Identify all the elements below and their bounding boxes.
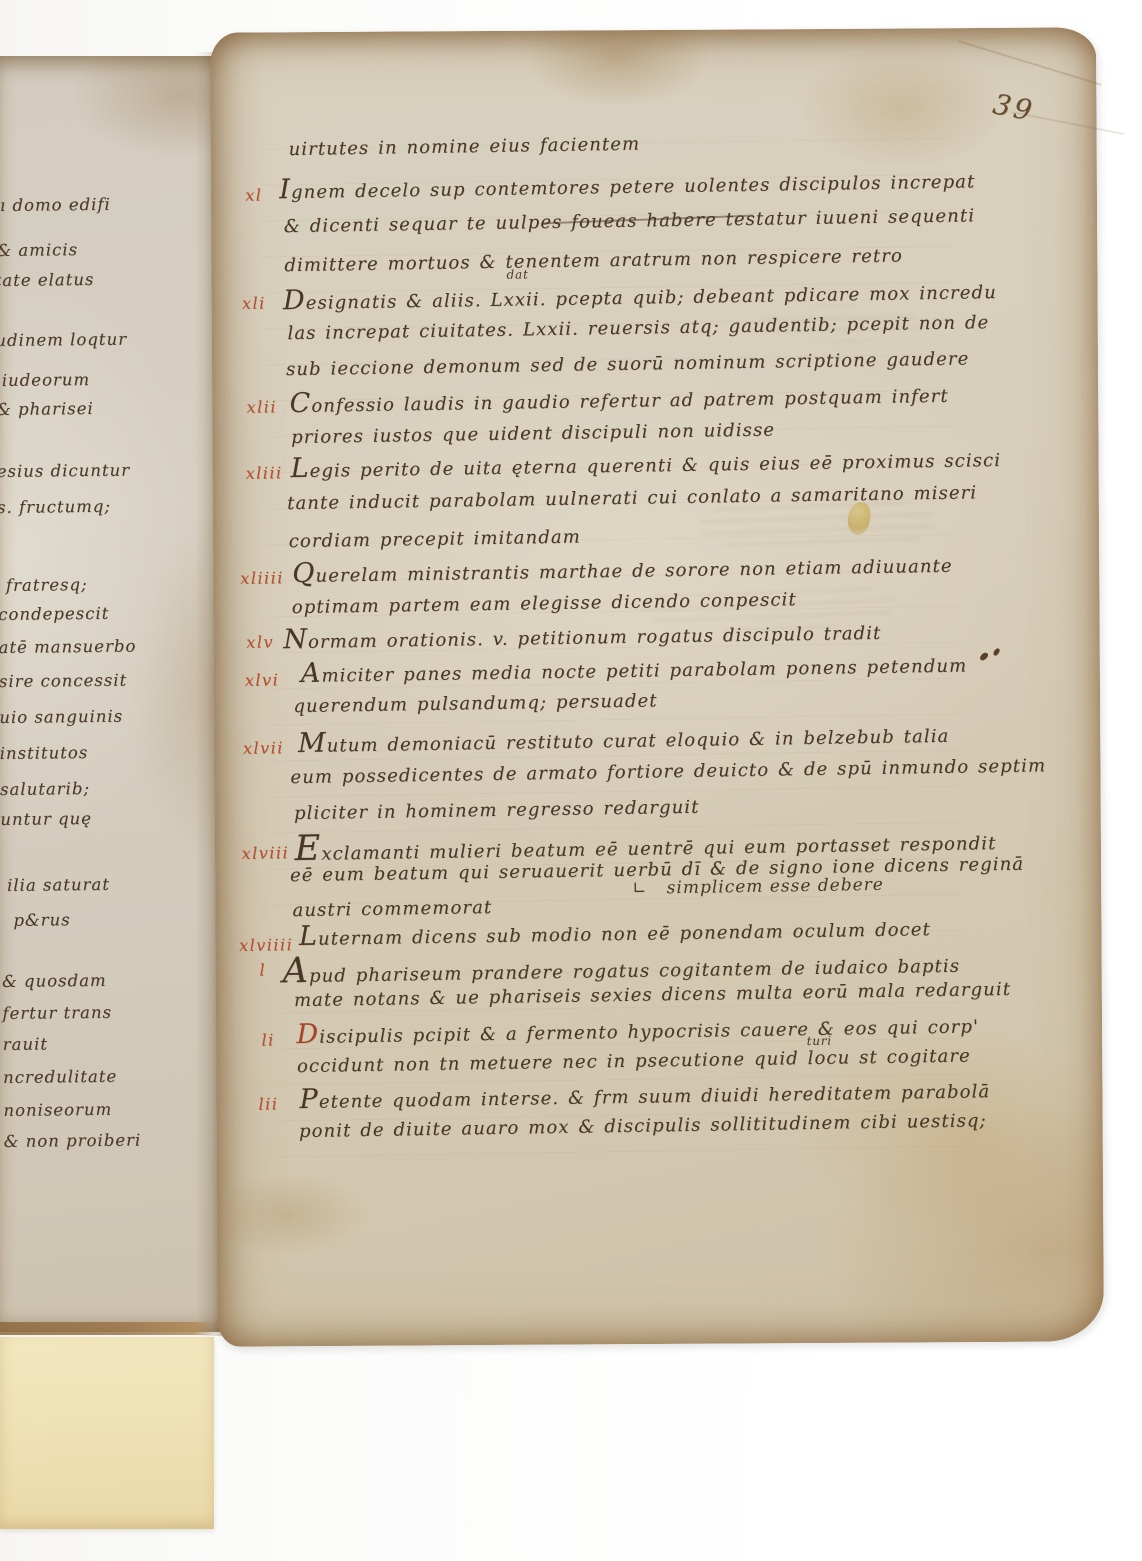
interlinear-gloss: turi <box>807 1035 833 1047</box>
chapter-numeral: xliiii <box>240 570 284 587</box>
chapter-numeral: xlvii <box>243 740 284 757</box>
main-text-block: uirtutes in nomine eius facientem xl Ign… <box>0 0 1142 1561</box>
chapter-numeral: xlvi <box>245 672 280 689</box>
marginal-insertion: ∟ simplicem esse debere <box>632 877 884 898</box>
text-line: austri commemorat <box>292 899 492 921</box>
chapter-numeral: xlii <box>247 399 278 415</box>
chapter-numeral: xliii <box>246 465 283 482</box>
interlinear-gloss: dat <box>507 268 529 280</box>
chapter-numeral: xlviii <box>242 845 290 862</box>
insertion-text: simplicem esse debere <box>667 875 884 898</box>
manuscript-photo: 39 ı domo edifi & amicis tate elatus udi… <box>0 0 1142 1561</box>
insertion-mark: ∟ <box>632 879 648 899</box>
chapter-numeral: xlv <box>246 634 274 650</box>
chapter-numeral: lii <box>258 1096 278 1112</box>
chapter-numeral: xli <box>242 295 266 311</box>
chapter-numeral: li <box>261 1032 274 1048</box>
chapter-numeral: l <box>259 963 266 979</box>
chapter-numeral: xl <box>245 188 262 204</box>
